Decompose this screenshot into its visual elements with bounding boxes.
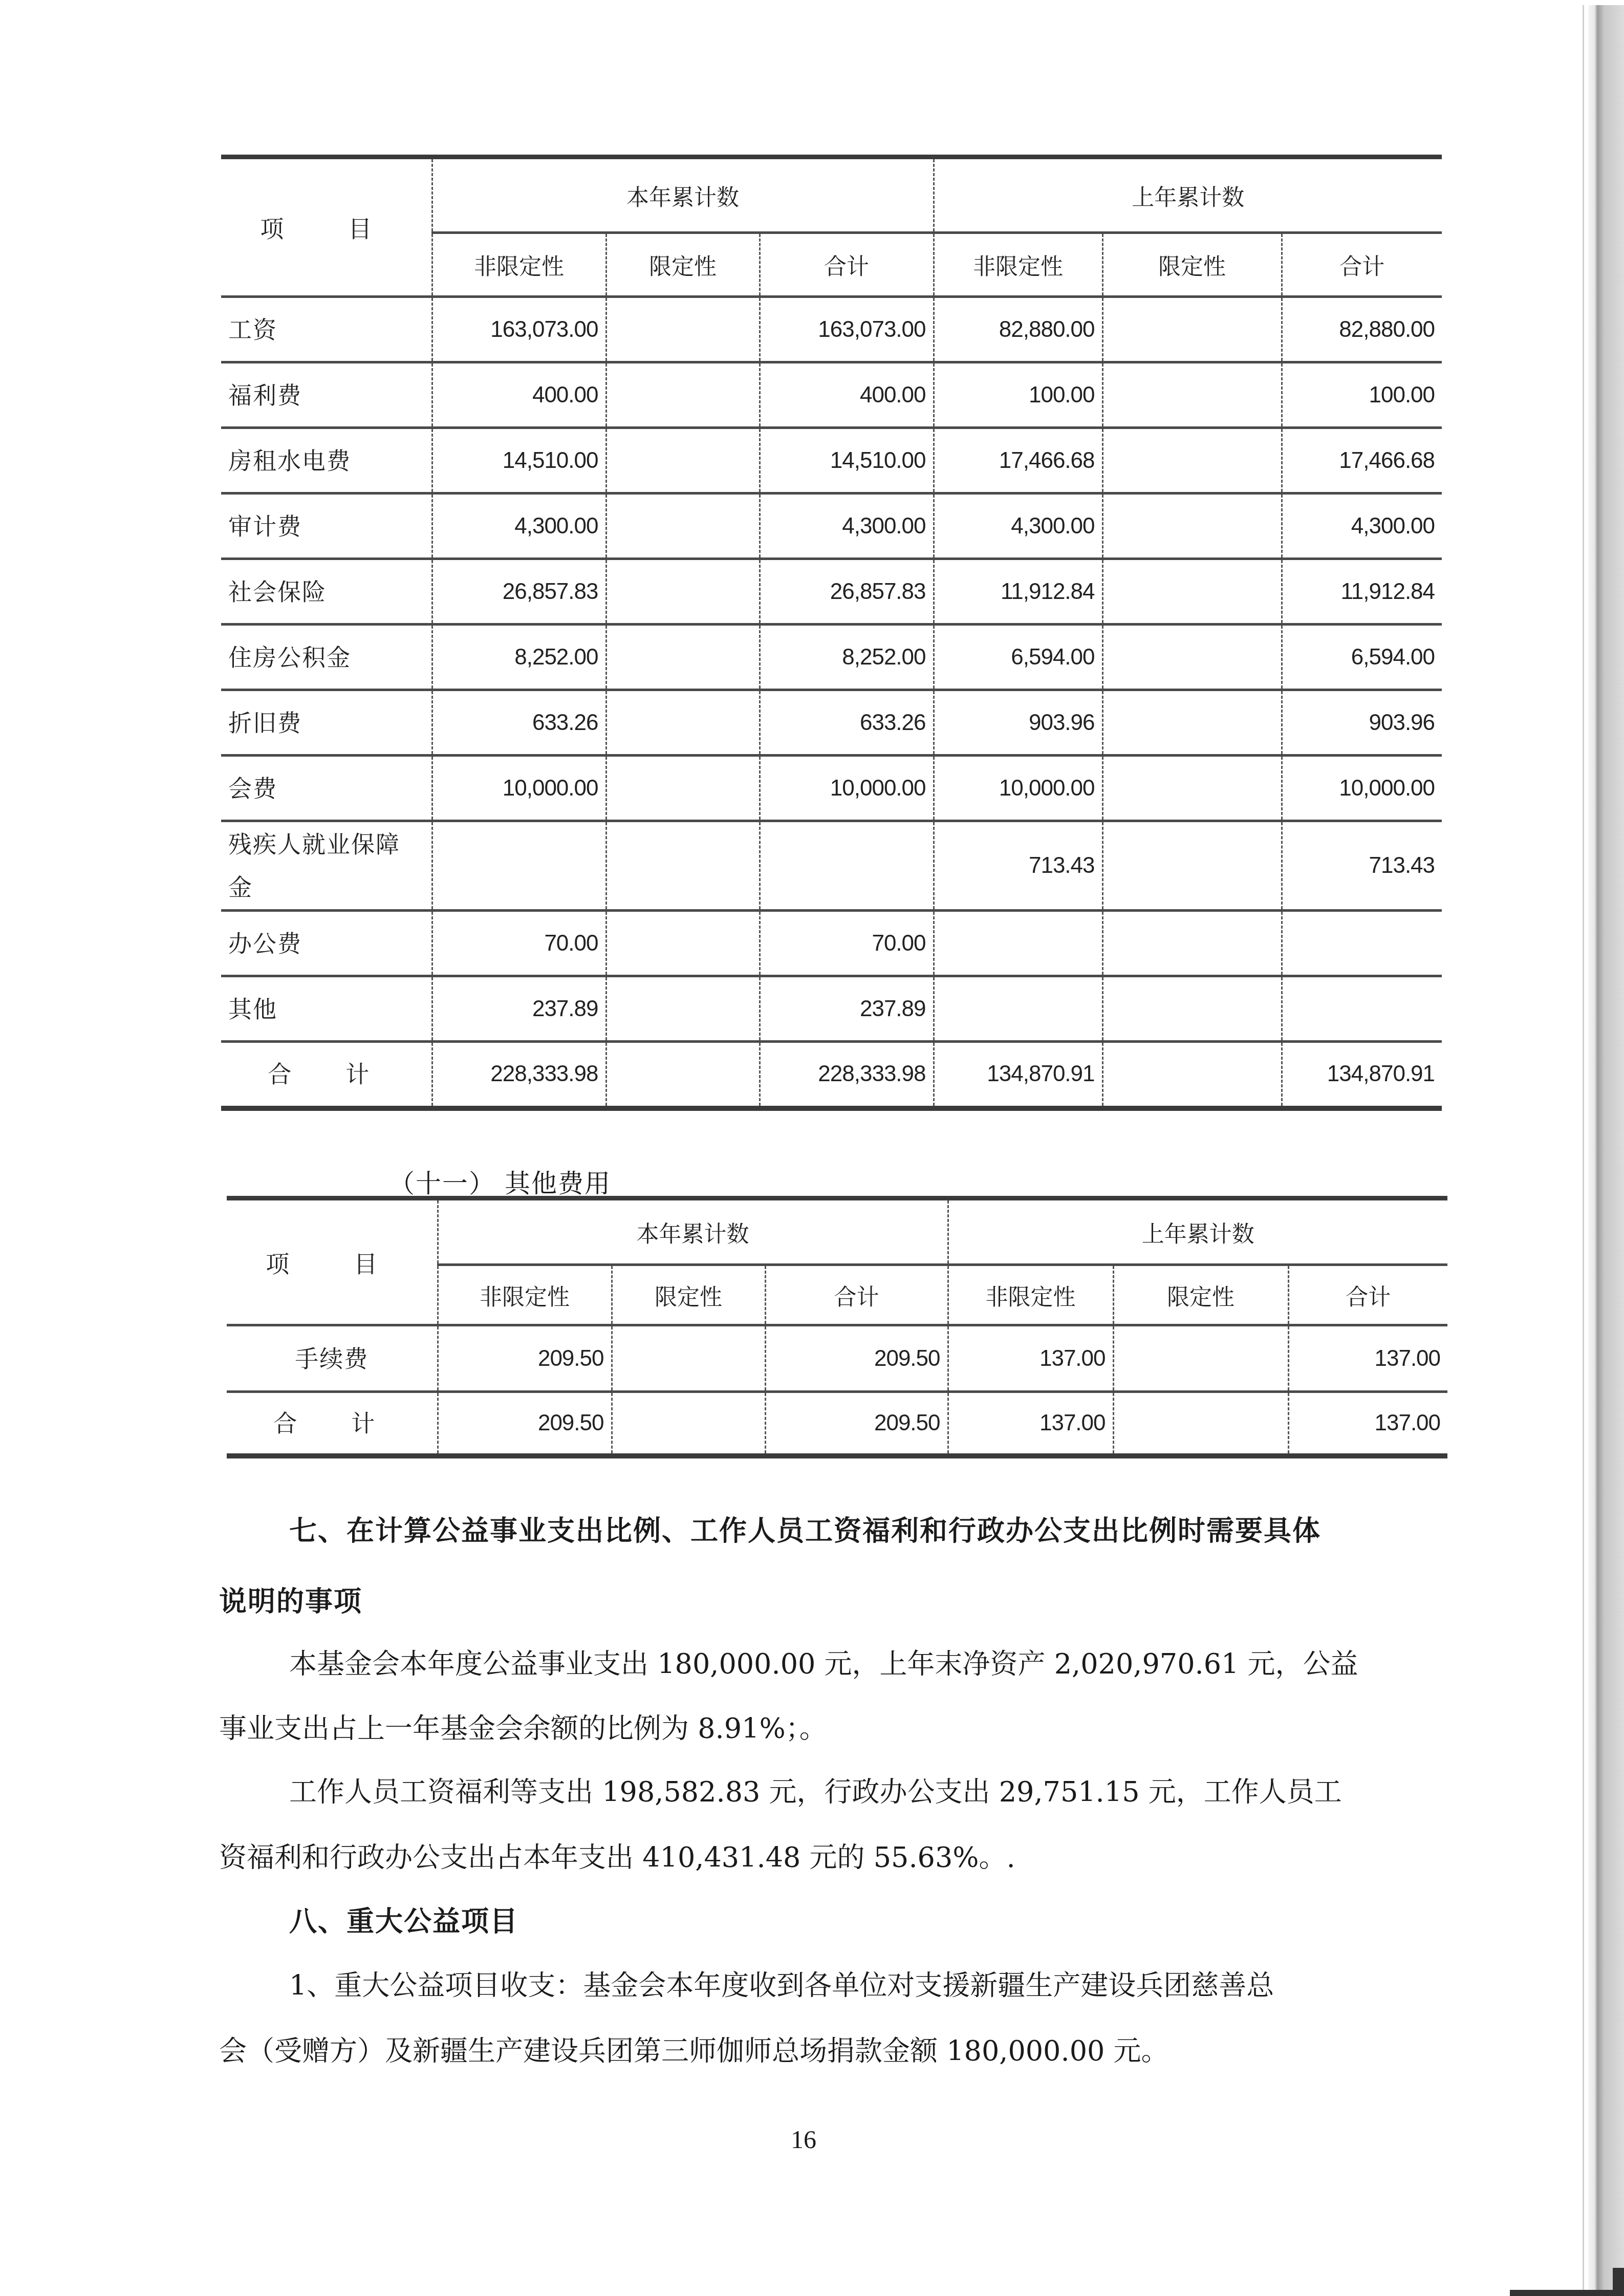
cell-cy-total: 26,857.83 — [760, 559, 934, 625]
table-row: 手续费 209.50 209.50 137.00 137.00 — [227, 1325, 1447, 1392]
cell-py-total: 903.96 — [1282, 690, 1442, 756]
subheader-py-total: 合计 — [1288, 1265, 1447, 1325]
section-7-paragraph-1-line2: 事业支出占上一年基金会余额的比例为 8.91%；。 — [219, 1714, 827, 1744]
scan-shadow-right — [1588, 5, 1624, 2296]
cell-cy-total: 163,073.00 — [760, 297, 934, 362]
cell-cy-restricted — [606, 756, 760, 821]
row-label: 会费 — [221, 756, 432, 821]
cell-py-unrestricted: 4,300.00 — [934, 493, 1102, 559]
cell-cy-restricted — [606, 821, 760, 911]
cell-py-total: 137.00 — [1288, 1392, 1447, 1456]
header-current-year: 本年累计数 — [432, 157, 934, 233]
cell-cy-unrestricted: 633.26 — [432, 690, 606, 756]
cell-cy-unrestricted: 26,857.83 — [432, 559, 606, 625]
page-number: 16 — [791, 2125, 816, 2154]
cell-py-total: 6,594.00 — [1282, 625, 1442, 690]
row-label: 社会保险 — [221, 559, 432, 625]
cell-py-unrestricted: 100.00 — [934, 362, 1102, 428]
cell-py-restricted — [1102, 976, 1282, 1042]
table-header-row: 项 目 本年累计数 上年累计数 — [227, 1198, 1447, 1265]
cell-py-restricted — [1102, 362, 1282, 428]
cell-cy-unrestricted: 209.50 — [438, 1392, 612, 1456]
table-row: 折旧费 633.26 633.26 903.96 903.96 — [221, 690, 1442, 756]
subheader-cy-unrestricted: 非限定性 — [432, 233, 606, 297]
header-prior-year: 上年累计数 — [934, 157, 1442, 233]
cell-py-total: 713.43 — [1282, 821, 1442, 911]
row-label: 审计费 — [221, 493, 432, 559]
table-row: 其他 237.89 237.89 — [221, 976, 1442, 1042]
subheader-cy-restricted: 限定性 — [606, 233, 760, 297]
table-row: 残疾人就业保障金 713.43 713.43 — [221, 821, 1442, 911]
cell-cy-total: 70.00 — [760, 911, 934, 976]
row-label: 住房公积金 — [221, 625, 432, 690]
cell-cy-restricted — [606, 976, 760, 1042]
cell-cy-total: 209.50 — [765, 1325, 948, 1392]
cell-py-unrestricted — [934, 911, 1102, 976]
cell-py-unrestricted: 903.96 — [934, 690, 1102, 756]
table-row: 福利费 400.00 400.00 100.00 100.00 — [221, 362, 1442, 428]
cell-cy-unrestricted: 70.00 — [432, 911, 606, 976]
section-8-heading: 八、重大公益项目 — [289, 1907, 518, 1937]
cell-cy-unrestricted: 8,252.00 — [432, 625, 606, 690]
table-row: 会费 10,000.00 10,000.00 10,000.00 10,000.… — [221, 756, 1442, 821]
table-header-row: 项 目 本年累计数 上年累计数 — [221, 157, 1442, 233]
header-prior-year: 上年累计数 — [948, 1198, 1447, 1265]
cell-cy-unrestricted: 14,510.00 — [432, 428, 606, 493]
cell-py-unrestricted: 137.00 — [948, 1325, 1113, 1392]
header-item: 项 目 — [227, 1198, 438, 1325]
subheader-cy-total: 合计 — [760, 233, 934, 297]
cell-cy-unrestricted: 400.00 — [432, 362, 606, 428]
cell-py-restricted — [1113, 1392, 1288, 1456]
cell-cy-total: 633.26 — [760, 690, 934, 756]
subheader-py-restricted: 限定性 — [1102, 233, 1282, 297]
row-label: 手续费 — [227, 1325, 438, 1392]
cell-cy-total: 237.89 — [760, 976, 934, 1042]
cell-py-total: 82,880.00 — [1282, 297, 1442, 362]
cell-cy-unrestricted: 237.89 — [432, 976, 606, 1042]
cell-py-unrestricted: 82,880.00 — [934, 297, 1102, 362]
cell-py-restricted — [1102, 493, 1282, 559]
cell-cy-restricted — [606, 1042, 760, 1108]
row-label: 福利费 — [221, 362, 432, 428]
subheader-py-total: 合计 — [1282, 233, 1442, 297]
cell-cy-restricted — [606, 428, 760, 493]
subheader-cy-total: 合计 — [765, 1265, 948, 1325]
cell-cy-restricted — [606, 559, 760, 625]
cell-cy-total — [760, 821, 934, 911]
cell-py-restricted — [1102, 690, 1282, 756]
cell-py-total — [1282, 911, 1442, 976]
row-label: 折旧费 — [221, 690, 432, 756]
cell-py-total: 137.00 — [1288, 1325, 1447, 1392]
cell-cy-total: 400.00 — [760, 362, 934, 428]
cell-cy-total: 14,510.00 — [760, 428, 934, 493]
cell-cy-unrestricted — [432, 821, 606, 911]
section-7-paragraph-1-line1: 本基金会本年度公益事业支出 180,000.00 元，上年末净资产 2,020,… — [289, 1649, 1358, 1679]
row-label: 残疾人就业保障金 — [221, 821, 432, 911]
table-row: 审计费 4,300.00 4,300.00 4,300.00 4,300.00 — [221, 493, 1442, 559]
table-row: 工资 163,073.00 163,073.00 82,880.00 82,88… — [221, 297, 1442, 362]
section-7-heading-line2: 说明的事项 — [219, 1587, 362, 1617]
scan-shadow-bottom — [1510, 2290, 1624, 2296]
subheader-py-restricted: 限定性 — [1113, 1265, 1288, 1325]
row-label: 房租水电费 — [221, 428, 432, 493]
table-total-row: 合 计 209.50 209.50 137.00 137.00 — [227, 1392, 1447, 1456]
row-label: 办公费 — [221, 911, 432, 976]
cell-py-unrestricted: 137.00 — [948, 1392, 1113, 1456]
cell-py-total: 100.00 — [1282, 362, 1442, 428]
other-expenses-table: 项 目 本年累计数 上年累计数 非限定性 限定性 合计 非限定性 限定性 合计 … — [227, 1196, 1447, 1458]
cell-cy-restricted — [606, 690, 760, 756]
cell-cy-total: 10,000.00 — [760, 756, 934, 821]
header-item: 项 目 — [221, 157, 432, 297]
cell-py-restricted — [1102, 911, 1282, 976]
cell-cy-total: 4,300.00 — [760, 493, 934, 559]
cell-py-unrestricted: 10,000.00 — [934, 756, 1102, 821]
row-label: 工资 — [221, 297, 432, 362]
header-current-year: 本年累计数 — [438, 1198, 948, 1265]
cell-py-unrestricted: 6,594.00 — [934, 625, 1102, 690]
row-label-total: 合 计 — [221, 1042, 432, 1108]
cell-cy-unrestricted: 4,300.00 — [432, 493, 606, 559]
table-total-row: 合 计 228,333.98 228,333.98 134,870.91 134… — [221, 1042, 1442, 1108]
cell-cy-unrestricted: 163,073.00 — [432, 297, 606, 362]
row-label-total: 合 计 — [227, 1392, 438, 1456]
cell-cy-restricted — [612, 1392, 765, 1456]
cell-cy-total: 228,333.98 — [760, 1042, 934, 1108]
cell-cy-restricted — [606, 493, 760, 559]
cell-py-total: 134,870.91 — [1282, 1042, 1442, 1108]
section-8-paragraph-1-line2: 会（受赠方）及新疆生产建设兵团第三师伽师总场捐款金额 180,000.00 元。 — [219, 2036, 1169, 2066]
subheader-cy-restricted: 限定性 — [612, 1265, 765, 1325]
cell-py-restricted — [1102, 756, 1282, 821]
table-row: 房租水电费 14,510.00 14,510.00 17,466.68 17,4… — [221, 428, 1442, 493]
scan-corner — [1613, 2268, 1624, 2296]
cell-py-total — [1282, 976, 1442, 1042]
subheader-py-unrestricted: 非限定性 — [934, 233, 1102, 297]
cell-cy-unrestricted: 209.50 — [438, 1325, 612, 1392]
section-8-paragraph-1-line1: 1、重大公益项目收支：基金会本年度收到各单位对支援新疆生产建设兵团慈善总 — [289, 1971, 1274, 2001]
cell-cy-restricted — [612, 1325, 765, 1392]
cell-py-total: 4,300.00 — [1282, 493, 1442, 559]
table-row: 住房公积金 8,252.00 8,252.00 6,594.00 6,594.0… — [221, 625, 1442, 690]
subheader-py-unrestricted: 非限定性 — [948, 1265, 1113, 1325]
cell-py-unrestricted — [934, 976, 1102, 1042]
cell-py-unrestricted: 134,870.91 — [934, 1042, 1102, 1108]
cell-py-restricted — [1102, 428, 1282, 493]
cell-py-unrestricted: 713.43 — [934, 821, 1102, 911]
table-row: 社会保险 26,857.83 26,857.83 11,912.84 11,91… — [221, 559, 1442, 625]
cell-cy-restricted — [606, 362, 760, 428]
cell-py-total: 10,000.00 — [1282, 756, 1442, 821]
subheader-cy-unrestricted: 非限定性 — [438, 1265, 612, 1325]
cell-py-restricted — [1102, 821, 1282, 911]
cell-cy-unrestricted: 228,333.98 — [432, 1042, 606, 1108]
section-7-paragraph-2-line1: 工作人员工资福利等支出 198,582.83 元，行政办公支出 29,751.1… — [289, 1777, 1342, 1807]
cell-cy-unrestricted: 10,000.00 — [432, 756, 606, 821]
section-7-heading-line1: 七、在计算公益事业支出比例、工作人员工资福利和行政办公支出比例时需要具体 — [289, 1516, 1321, 1546]
section-other-expenses-title: （十一） 其他费用 — [389, 1163, 611, 1200]
cell-py-restricted — [1113, 1325, 1288, 1392]
cell-cy-restricted — [606, 625, 760, 690]
cell-py-restricted — [1102, 1042, 1282, 1108]
cell-py-restricted — [1102, 625, 1282, 690]
cell-cy-restricted — [606, 911, 760, 976]
cell-py-total: 17,466.68 — [1282, 428, 1442, 493]
row-label: 其他 — [221, 976, 432, 1042]
table-row: 办公费 70.00 70.00 — [221, 911, 1442, 976]
cell-py-restricted — [1102, 297, 1282, 362]
cell-py-total: 11,912.84 — [1282, 559, 1442, 625]
cell-cy-total: 8,252.00 — [760, 625, 934, 690]
cell-cy-restricted — [606, 297, 760, 362]
cell-py-restricted — [1102, 559, 1282, 625]
scan-edge-line — [1583, 5, 1584, 2293]
cell-py-unrestricted: 11,912.84 — [934, 559, 1102, 625]
cell-py-unrestricted: 17,466.68 — [934, 428, 1102, 493]
expense-detail-table: 项 目 本年累计数 上年累计数 非限定性 限定性 合计 非限定性 限定性 合计 … — [221, 155, 1442, 1111]
section-7-paragraph-2-line2: 资福利和行政办公支出占本年支出 410,431.48 元的 55.63%。. — [219, 1843, 1015, 1873]
cell-cy-total: 209.50 — [765, 1392, 948, 1456]
